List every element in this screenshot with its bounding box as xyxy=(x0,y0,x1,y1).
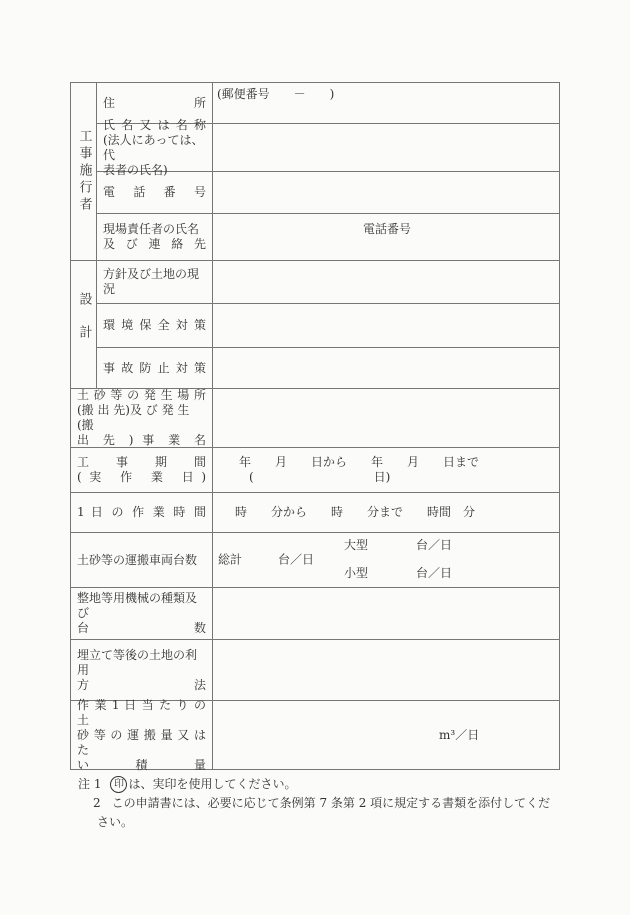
address-label: 住 所 xyxy=(103,96,206,111)
origin-label-line3: 出 先 ) 事 業 名 xyxy=(77,433,206,448)
label-cell-origin: 土 砂 等 の 発 生 場 所 (搬 出 先)及 び 発 生(搬 出 先 ) 事… xyxy=(71,389,213,448)
origin-label-line1: 土 砂 等 の 発 生 場 所 xyxy=(77,388,206,403)
note-2-number: 2 xyxy=(93,794,101,813)
note-1: 注 1 印 は、実印を使用してください。 xyxy=(78,775,564,794)
name-label-line2: (法人にあっては、代 xyxy=(103,133,206,163)
vehicles-total-hint: 総計 台／日 xyxy=(218,553,314,568)
field-policy xyxy=(213,261,559,304)
field-name xyxy=(213,124,559,172)
label-cell-machinery: 整地等用機械の種類及び 台 数 xyxy=(71,588,213,640)
daily-volume-label-line1: 作 業 1 日 当 た り の 土 xyxy=(77,698,206,728)
application-form-page: 工事施行者 住 所 (郵便番号 － ) 氏 名 又 は 名 称 (法人にあっては… xyxy=(0,0,630,915)
note-1-text: は、実印を使用してください。 xyxy=(128,775,296,794)
label-cell-accident: 事 故 防 止 対 策 xyxy=(97,348,213,389)
contractor-group-label: 工事施行者 xyxy=(71,129,97,214)
daily-volume-label-line2: 砂 等 の 運 搬 量 又 は た xyxy=(77,728,206,758)
field-vehicles: 総計 台／日 大型 台／日 小型 台／日 xyxy=(213,533,559,588)
machinery-label-line1: 整地等用機械の種類及び xyxy=(77,591,206,621)
environment-label: 環 境 保 全 対 策 xyxy=(103,318,206,333)
field-accident xyxy=(213,348,559,389)
field-period: 年 月 日から 年 月 日まで ( 日) xyxy=(213,448,559,493)
field-site-manager: 電話番号 xyxy=(213,214,559,261)
note-2-continuation: さい。 xyxy=(97,813,564,832)
design-group-label: 設計 xyxy=(71,292,97,358)
field-daily-volume: m³／日 xyxy=(213,701,559,770)
period-days-hint: ( 日) xyxy=(213,470,559,485)
field-environment xyxy=(213,304,559,348)
vehicles-small-hint: 小型 台／日 xyxy=(344,566,452,581)
period-dates-hint: 年 月 日から 年 月 日まで xyxy=(213,455,559,470)
field-address: (郵便番号 － ) xyxy=(213,83,559,124)
field-phone xyxy=(213,172,559,214)
site-manager-label-line1: 現場責任者の氏名 xyxy=(103,222,206,237)
accident-label: 事 故 防 止 対 策 xyxy=(103,361,206,376)
label-cell-daily-volume: 作 業 1 日 当 た り の 土 砂 等 の 運 搬 量 又 は た い 積 … xyxy=(71,701,213,770)
period-label-line2: (実 作 業 日) xyxy=(77,470,206,485)
daily-volume-unit-hint: m³／日 xyxy=(213,728,559,743)
label-cell-environment: 環 境 保 全 対 策 xyxy=(97,304,213,348)
field-land-use xyxy=(213,640,559,701)
hours-label: 1 日 の 作 業 時 間 xyxy=(77,505,206,520)
policy-label: 方針及び土地の現況 xyxy=(103,267,206,297)
note-2-text: この申請書には、必要に応じて条例第 7 条第 2 項に規定する書類を添付してくだ xyxy=(112,794,551,813)
footer-notes: 注 1 印 は、実印を使用してください。 2 この申請書には、必要に応じて条例第… xyxy=(78,775,564,832)
land-use-label-line1: 埋立て等後の土地の利用 xyxy=(77,648,206,678)
label-cell-policy: 方針及び土地の現況 xyxy=(97,261,213,304)
vehicles-label: 土砂等の運搬車両台数 xyxy=(77,553,206,568)
hours-hint: 時 分から 時 分まで 時間 分 xyxy=(213,505,559,520)
period-label-line1: 工 事 期 間 xyxy=(77,455,206,470)
vehicles-large-hint: 大型 台／日 xyxy=(344,538,452,553)
label-cell-vehicles: 土砂等の運搬車両台数 xyxy=(71,533,213,588)
machinery-label-line2: 台 数 xyxy=(77,621,206,636)
form-table: 工事施行者 住 所 (郵便番号 － ) 氏 名 又 は 名 称 (法人にあっては… xyxy=(70,82,560,770)
daily-volume-label-line3: い 積 量 xyxy=(77,758,206,773)
label-cell-period: 工 事 期 間 (実 作 業 日) xyxy=(71,448,213,493)
postal-code-hint: (郵便番号 － ) xyxy=(217,87,334,101)
seal-icon: 印 xyxy=(110,776,127,793)
field-machinery xyxy=(213,588,559,640)
site-manager-label-line2: 及 び 連 絡 先 xyxy=(103,237,206,252)
note-1-label: 注 1 xyxy=(78,775,101,794)
land-use-label-line2: 方 法 xyxy=(77,678,206,693)
note-2: 2 この申請書には、必要に応じて条例第 7 条第 2 項に規定する書類を添付して… xyxy=(93,794,564,813)
label-cell-name: 氏 名 又 は 名 称 (法人にあっては、代 表者の氏名) xyxy=(97,124,213,172)
group-cell-contractor: 工事施行者 xyxy=(71,83,97,261)
phone-label: 電 話 番 号 xyxy=(103,185,206,200)
field-origin xyxy=(213,389,559,448)
label-cell-site-manager: 現場責任者の氏名 及 び 連 絡 先 xyxy=(97,214,213,261)
group-cell-design: 設計 xyxy=(71,261,97,389)
label-cell-phone: 電 話 番 号 xyxy=(97,172,213,214)
site-manager-phone-hint: 電話番号 xyxy=(363,222,411,236)
name-label-line1: 氏 名 又 は 名 称 xyxy=(103,118,206,133)
label-cell-land-use: 埋立て等後の土地の利用 方 法 xyxy=(71,640,213,701)
field-hours: 時 分から 時 分まで 時間 分 xyxy=(213,493,559,533)
label-cell-hours: 1 日 の 作 業 時 間 xyxy=(71,493,213,533)
origin-label-line2: (搬 出 先)及 び 発 生(搬 xyxy=(77,403,206,433)
